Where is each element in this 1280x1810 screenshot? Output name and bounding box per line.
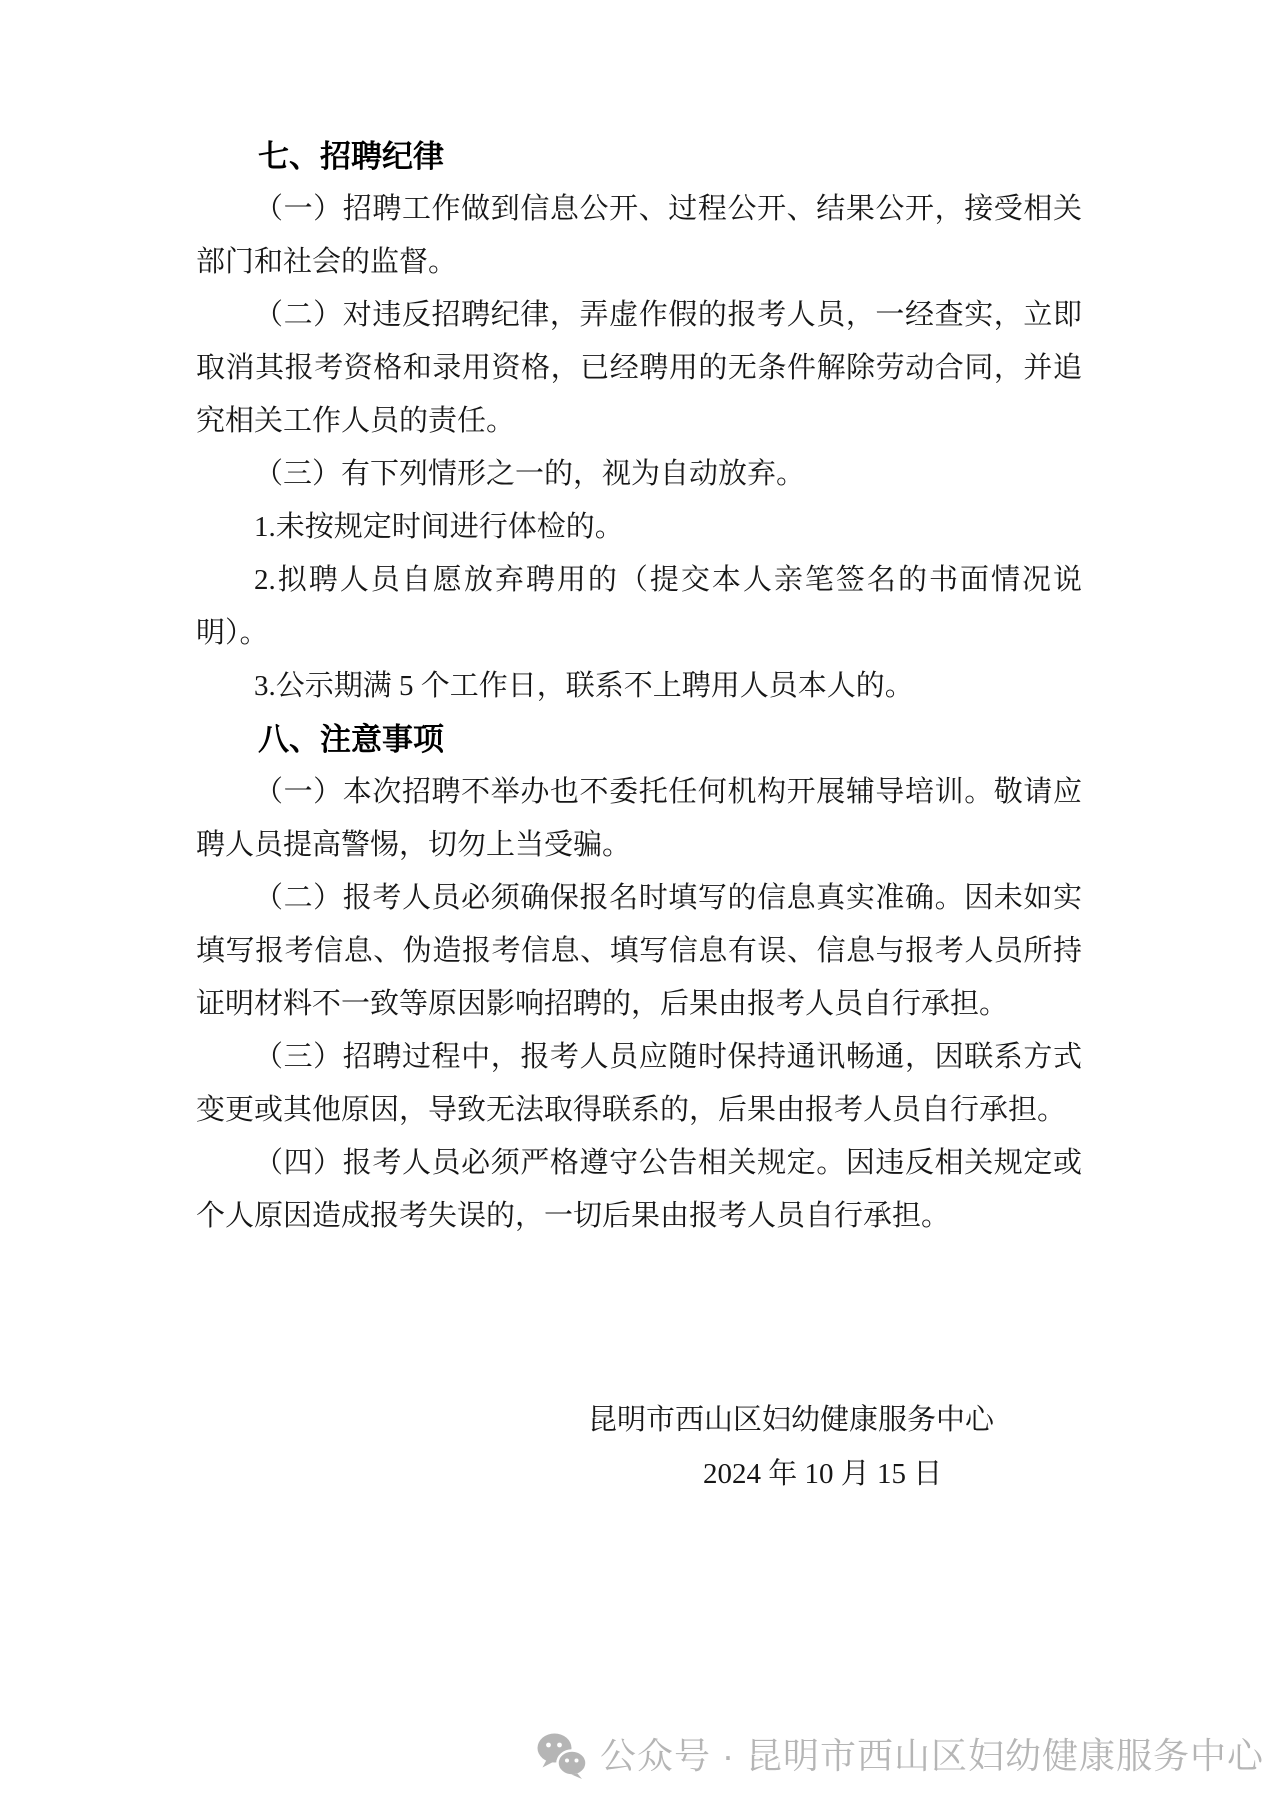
document-page: 七、招聘纪律（一）招聘工作做到信息公开、过程公开、结果公开，接受相关部门和社会的… — [0, 0, 1280, 1810]
text-line: （一）本次招聘不举办也不委托任何机构开展辅导培训。敬请应 — [196, 766, 1082, 819]
text-line: 个人原因造成报考失误的，一切后果由报考人员自行承担。 — [196, 1190, 1082, 1243]
signature-date: 2024 年 10 月 15 日 — [703, 1452, 942, 1496]
text-line: 聘人员提高警惕，切勿上当受骗。 — [196, 819, 1082, 872]
document-body: 七、招聘纪律（一）招聘工作做到信息公开、过程公开、结果公开，接受相关部门和社会的… — [196, 130, 1082, 1243]
text-line: 2.拟聘人员自愿放弃聘用的（提交本人亲笔签名的书面情况说 — [196, 554, 1082, 607]
text-line: 明）。 — [196, 607, 1082, 660]
text-line: （二）对违反招聘纪律，弄虚作假的报考人员，一经查实，立即 — [196, 289, 1082, 342]
text-line: （二）报考人员必须确保报名时填写的信息真实准确。因未如实 — [196, 872, 1082, 925]
text-line: 部门和社会的监督。 — [196, 236, 1082, 289]
text-line: 证明材料不一致等原因影响招聘的，后果由报考人员自行承担。 — [196, 978, 1082, 1031]
text-line: 取消其报考资格和录用资格，已经聘用的无条件解除劳动合同，并追 — [196, 342, 1082, 395]
section-heading: 七、招聘纪律 — [196, 130, 1082, 183]
text-line: 究相关工作人员的责任。 — [196, 395, 1082, 448]
wechat-watermark: 公众号 · 昆明市西山区妇幼健康服务中心 — [537, 1732, 1264, 1780]
text-line: 填写报考信息、伪造报考信息、填写信息有误、信息与报考人员所持 — [196, 925, 1082, 978]
text-line: 1.未按规定时间进行体检的。 — [196, 501, 1082, 554]
text-line: （三）招聘过程中，报考人员应随时保持通讯畅通，因联系方式 — [196, 1031, 1082, 1084]
wechat-icon — [537, 1733, 587, 1779]
text-line: 3.公示期满 5 个工作日，联系不上聘用人员本人的。 — [196, 660, 1082, 713]
text-line: （一）招聘工作做到信息公开、过程公开、结果公开，接受相关 — [196, 183, 1082, 236]
text-line: 变更或其他原因，导致无法取得联系的，后果由报考人员自行承担。 — [196, 1084, 1082, 1137]
signature-organization: 昆明市西山区妇幼健康服务中心 — [588, 1398, 994, 1442]
text-line: （三）有下列情形之一的，视为自动放弃。 — [196, 448, 1082, 501]
section-heading: 八、注意事项 — [196, 713, 1082, 766]
text-line: （四）报考人员必须严格遵守公告相关规定。因违反相关规定或 — [196, 1137, 1082, 1190]
watermark-text: 公众号 · 昆明市西山区妇幼健康服务中心 — [600, 1732, 1264, 1780]
